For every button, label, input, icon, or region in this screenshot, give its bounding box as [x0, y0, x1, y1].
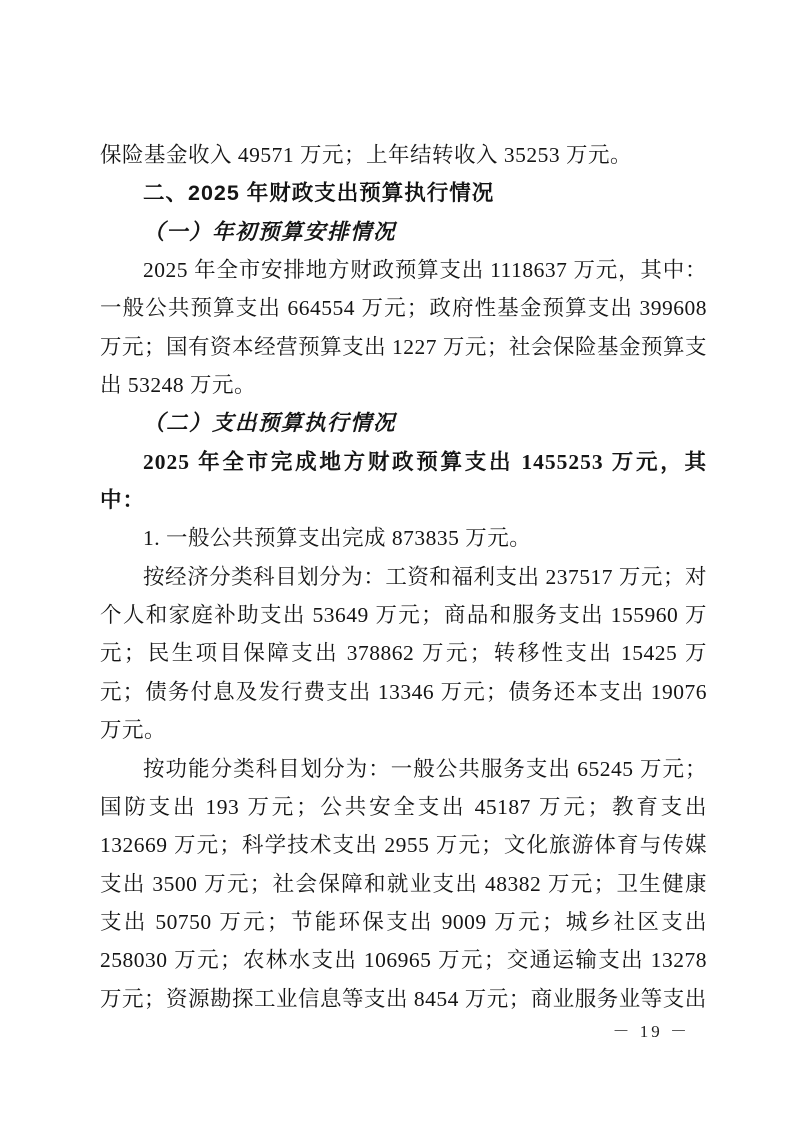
- subsection-heading: （二）支出预算执行情况: [100, 404, 707, 442]
- paragraph: 2025 年全市安排地方财政预算支出 1118637 万元，其中：一般公共预算支…: [100, 251, 707, 404]
- paragraph: 按经济分类科目划分为：工资和福利支出 237517 万元；对个人和家庭补助支出 …: [100, 558, 707, 750]
- paragraph-bold: 2025 年全市完成地方财政预算支出 1455253 万元，其中：: [100, 443, 707, 520]
- document-body: 保险基金收入 49571 万元；上年结转收入 35253 万元。 二、2025 …: [100, 136, 707, 1018]
- paragraph: 1. 一般公共预算支出完成 873835 万元。: [100, 519, 707, 557]
- subsection-heading: （一）年初预算安排情况: [100, 213, 707, 251]
- paragraph-continued: 保险基金收入 49571 万元；上年结转收入 35253 万元。: [100, 136, 707, 174]
- page-number: － 19 －: [613, 1017, 691, 1042]
- section-heading: 二、2025 年财政支出预算执行情况: [100, 174, 707, 212]
- document-page: 保险基金收入 49571 万元；上年结转收入 35253 万元。 二、2025 …: [0, 0, 794, 1122]
- paragraph: 按功能分类科目划分为：一般公共服务支出 65245 万元；国防支出 193 万元…: [100, 750, 707, 1018]
